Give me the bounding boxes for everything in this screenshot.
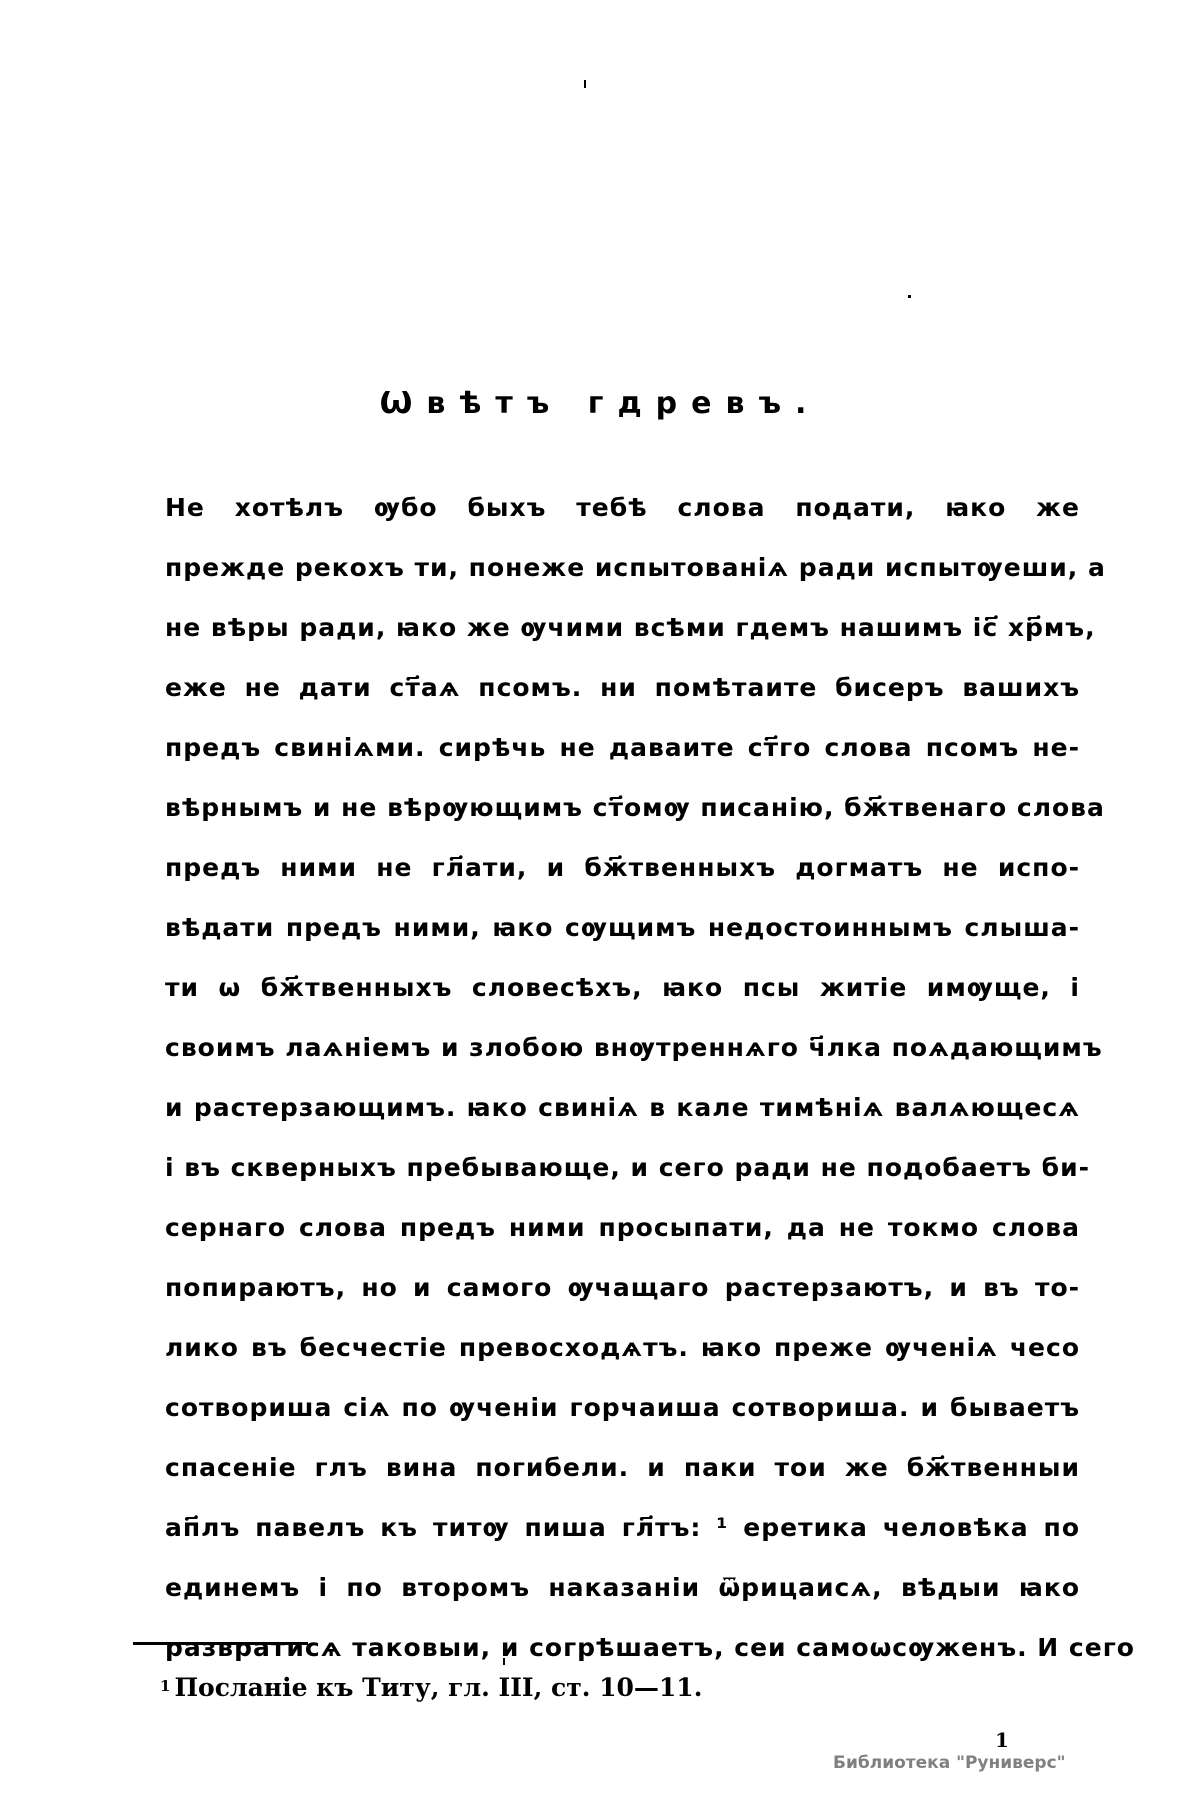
text-line: попираютъ, но и самого ѹчащаго растерзаю… (165, 1258, 1080, 1318)
text-line: ап҃лъ павелъ къ титѹ пиша гл҃тъ: ¹ ерети… (165, 1498, 1080, 1558)
footnote-divider (133, 1642, 308, 1645)
text-line: ти ѡ бж҃твенныхъ словесѣхъ, ꙗко псы житі… (165, 958, 1080, 1018)
text-line: предъ свиніѧми. сирѣчь не даваите ст҃го … (165, 718, 1080, 778)
page-number: 1 (995, 1728, 1009, 1752)
text-line: вѣдати предъ ними, ꙗко сѹщимъ недостоинн… (165, 898, 1080, 958)
scan-speck (503, 1658, 505, 1665)
body-text: Не хотѣлъ ѹбо быхъ тебѣ слова подати, ꙗк… (165, 478, 1080, 1678)
text-line: развратисѧ таковыи, и согрѣшаетъ, сеи са… (165, 1618, 1080, 1678)
footnote: 1Посланіе къ Титу, гл. III, ст. 10—11. (160, 1673, 702, 1703)
text-line: Не хотѣлъ ѹбо быхъ тебѣ слова подати, ꙗк… (165, 478, 1080, 538)
footnote-text: Посланіе къ Титу, гл. III, ст. 10—11. (174, 1673, 702, 1702)
text-line: единемъ і по второмъ наказаніи ѿрицаисѧ,… (165, 1558, 1080, 1618)
footnote-marker: 1 (160, 1677, 170, 1695)
text-line: и растерзающимъ. ꙗко свиніѧ в кале тимѣн… (165, 1078, 1080, 1138)
document-page: Ѡвѣтъ гдревъ. Не хотѣлъ ѹбо быхъ тебѣ сл… (0, 0, 1200, 1810)
text-line: не вѣры ради, ꙗко же ѹчими всѣми гдемъ н… (165, 598, 1080, 658)
scan-speck (908, 295, 911, 298)
scan-speck (584, 80, 586, 88)
text-line: еже не дати ст҃аѧ псомъ. ни помѣтаите би… (165, 658, 1080, 718)
text-line: лико въ бесчестіе превосходѧтъ. ꙗко преж… (165, 1318, 1080, 1378)
page-title: Ѡвѣтъ гдревъ. (0, 384, 1200, 424)
text-line: прежде рекохъ ти, понеже испытованіѧ рад… (165, 538, 1080, 598)
text-line: сернаго слова предъ ними просыпати, да н… (165, 1198, 1080, 1258)
text-line: і въ скверныхъ пребывающе, и сего ради н… (165, 1138, 1080, 1198)
text-line: спасеніе глъ вина погибели. и паки тои ж… (165, 1438, 1080, 1498)
text-line: вѣрнымъ и не вѣрѹющимъ ст҃омѹ писанію, б… (165, 778, 1080, 838)
text-line: своимъ лаѧніемъ и злобою внѹтреннѧго ч҃л… (165, 1018, 1080, 1078)
text-line: предъ ними не гл҃ати, и бж҃твенныхъ догм… (165, 838, 1080, 898)
text-line: сотвориша сіѧ по ѹченіи горчаиша сотвори… (165, 1378, 1080, 1438)
library-watermark: Библиотека "Руниверс" (833, 1752, 1066, 1774)
